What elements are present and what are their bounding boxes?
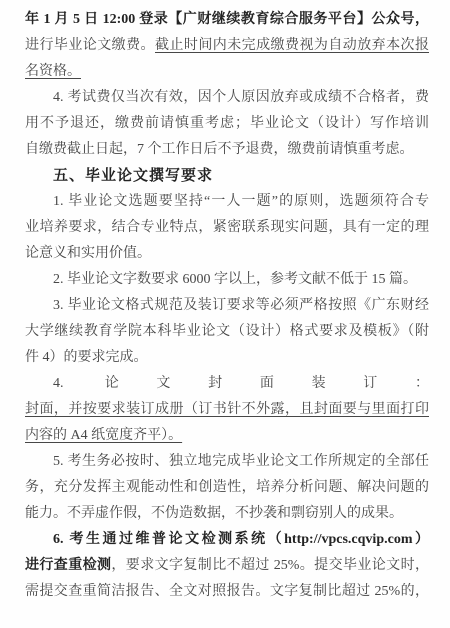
text-run: ，要求文字复制比不超过 25%。提交毕业论文时，: [111, 558, 429, 573]
text-line: 件 4）的要求完成。: [25, 345, 429, 371]
text-line: 业培养要求，结合专业特点，紧密联系现实问题，具有一定的理: [25, 215, 429, 241]
bold-text: 进行查重检测: [25, 558, 111, 573]
text-run: 进行毕业论文缴费。: [25, 38, 155, 53]
text-line: 1. 毕业论文选题要坚持“一人一题”的原则，选题须符合专: [25, 189, 429, 215]
text-line: 内容的 A4 纸宽度齐平）。: [25, 423, 429, 449]
document-page: 年 1 月 5 日 12:00 登录【广财继续教育综合服务平台】公众号，进行毕业…: [0, 0, 450, 628]
text-run: 务，充分发挥主观能动性和创造性，培养分析问题、解决问题的: [25, 480, 429, 495]
text-line: 名资格。: [25, 59, 429, 85]
bold-text: 五、毕业论文撰写要求: [53, 167, 213, 184]
text-run: 2. 毕业论文字数要求 6000 字以上，参考文献不低于 15 篇。: [53, 272, 417, 287]
text-line: 能力。不弄虚作假，不伪造数据，不抄袭和剽窃别人的成果。: [25, 501, 429, 527]
text-line: 4. 考试费仅当次有效，因个人原因放弃或成绩不合格者，费: [25, 85, 429, 111]
text-run: 需提交查重简洁报告、全文对照报告。文字复制比超过 25%的，: [25, 584, 429, 599]
text-line: 需提交查重简洁报告、全文对照报告。文字复制比超过 25%的，: [25, 579, 429, 605]
text-line: 封面，并按要求装订成册（订书针不外露，且封面要与里面打印: [25, 397, 429, 423]
underlined-text: 名资格。: [25, 64, 81, 79]
text-line: 年 1 月 5 日 12:00 登录【广财继续教育综合服务平台】公众号，: [25, 7, 429, 33]
text-run: 能力。不弄虚作假，不伪造数据，不抄袭和剽窃别人的成果。: [25, 506, 403, 521]
text-run: 自缴费截止日起，7 个工作日后不予退费，缴费前请慎重考虑。: [25, 142, 414, 157]
text-line: 6. 考生通过维普论文检测系统（http://vpcs.cqvip.com）: [25, 527, 429, 553]
text-run: 3. 毕业论文格式规范及装订要求等必须严格按照《广东财经: [53, 298, 429, 313]
text-line: 5. 考生务必按时、独立地完成毕业论文工作所规定的全部任: [25, 449, 429, 475]
text-line: 用不予退还，缴费前请慎重考虑；毕业论文（设计）写作培训费，: [25, 111, 429, 137]
text-run: 4. 考试费仅当次有效，因个人原因放弃或成绩不合格者，费: [53, 90, 429, 105]
underlined-text: 截止时间内未完成缴费视为自动放弃本次报: [155, 38, 429, 53]
section-heading: 五、毕业论文撰写要求: [25, 163, 429, 189]
text-run: 件 4）的要求完成。: [25, 350, 148, 365]
text-line: 论意义和实用价值。: [25, 241, 429, 267]
text-run: 论意义和实用价值。: [25, 246, 151, 261]
text-run: 5. 考生务必按时、独立地完成毕业论文工作所规定的全部任: [53, 454, 429, 469]
underlined-text: 封面，并按要求装订成册（订书针不外露，且封面要与里面打印: [25, 402, 429, 417]
text-run: 大学继续教育学院本科毕业论文（设计）格式要求及模板》（附: [25, 324, 429, 339]
text-line: 4. 论文封面装订：统一使用继续教育学院规定的论文（设计）: [25, 371, 429, 397]
text-line: 进行查重检测，要求文字复制比不超过 25%。提交毕业论文时，: [25, 553, 429, 579]
bold-text: 年 1 月 5 日 12:00 登录【广财继续教育综合服务平台】公众号，: [25, 12, 429, 27]
text-line: 2. 毕业论文字数要求 6000 字以上，参考文献不低于 15 篇。: [25, 267, 429, 293]
text-run: 1. 毕业论文选题要坚持“一人一题”的原则，选题须符合专: [53, 194, 429, 209]
bold-text: 6. 考生通过维普论文检测系统（http://vpcs.cqvip.com）: [53, 532, 429, 547]
text-line: 3. 毕业论文格式规范及装订要求等必须严格按照《广东财经: [25, 293, 429, 319]
text-line: 进行毕业论文缴费。截止时间内未完成缴费视为自动放弃本次报: [25, 33, 429, 59]
text-run: 业培养要求，结合专业特点，紧密联系现实问题，具有一定的理: [25, 220, 429, 235]
text-line: 务，充分发挥主观能动性和创造性，培养分析问题、解决问题的: [25, 475, 429, 501]
text-run: 用不予退还，缴费前请慎重考虑；毕业论文（设计）写作培训费，: [25, 116, 429, 137]
underlined-text: 内容的 A4 纸宽度齐平）。: [25, 428, 182, 443]
text-line: 大学继续教育学院本科毕业论文（设计）格式要求及模板》（附: [25, 319, 429, 345]
text-line: 自缴费截止日起，7 个工作日后不予退费，缴费前请慎重考虑。: [25, 137, 429, 163]
text-run: 4. 论文封面装订：: [53, 376, 429, 391]
